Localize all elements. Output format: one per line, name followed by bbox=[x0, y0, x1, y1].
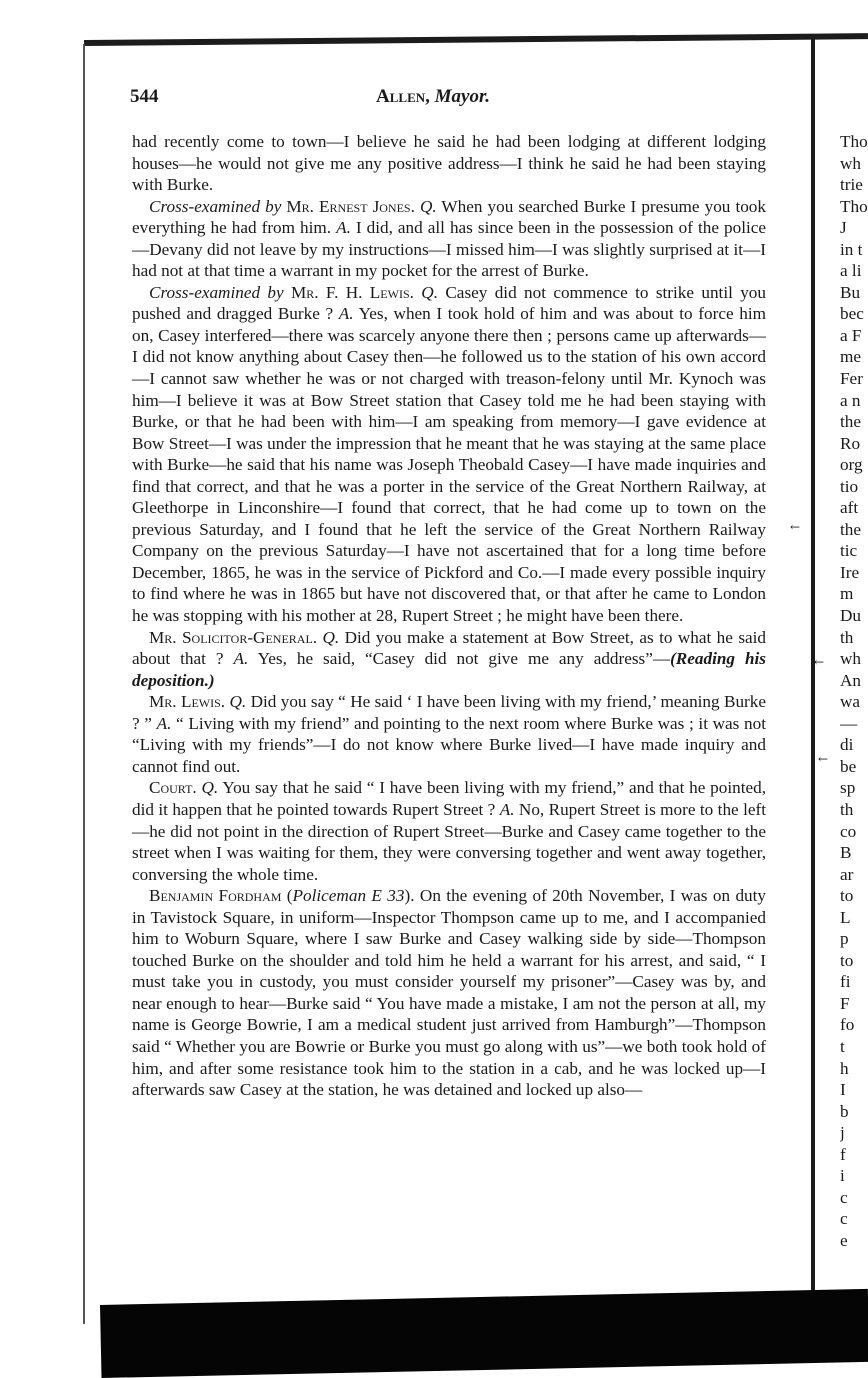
fragment-line: to bbox=[840, 950, 868, 972]
text-segment: had recently come to town—I believe he s… bbox=[132, 132, 766, 194]
fragment-line: ar bbox=[840, 864, 868, 886]
text-segment: ( bbox=[281, 886, 292, 905]
text-segment: Mr. F. H. Lewis. bbox=[291, 283, 414, 302]
text-segment: Court. bbox=[149, 778, 197, 797]
text-segment: Cross-examined by bbox=[149, 283, 291, 302]
text-segment: Q. bbox=[229, 692, 246, 711]
fragment-line: tio bbox=[840, 476, 868, 498]
fragment-line: Ire bbox=[840, 562, 868, 584]
fragment-line: sp bbox=[840, 777, 868, 799]
fragment-line: L bbox=[840, 907, 868, 929]
text-segment: Policeman E 33 bbox=[293, 886, 405, 905]
text-segment: A. bbox=[500, 800, 515, 819]
facing-page-fragment: ThowhtrieTho Jin ta liBubeca FmeFera nth… bbox=[840, 131, 868, 1251]
paragraph: Cross-examined by Mr. F. H. Lewis. Q. Ca… bbox=[132, 282, 766, 627]
fragment-line: f bbox=[840, 1144, 868, 1166]
fragment-line: th bbox=[840, 799, 868, 821]
fragment-line: b bbox=[840, 1101, 868, 1123]
page-number: 544 bbox=[130, 86, 159, 108]
text-segment: Cross-examined by bbox=[149, 197, 286, 216]
text-segment: Q. bbox=[420, 197, 437, 216]
text-segment: “ Living with my friend” and pointing to… bbox=[132, 714, 766, 776]
fragment-line: to bbox=[840, 885, 868, 907]
text-segment: A. bbox=[336, 218, 351, 237]
fragment-line: j bbox=[840, 1122, 868, 1144]
text-segment: A. bbox=[233, 649, 248, 668]
fragment-line: fo bbox=[840, 1014, 868, 1036]
paragraph: Benjamin Fordham (Policeman E 33). On th… bbox=[132, 885, 766, 1100]
margin-arrow-icon: ← bbox=[814, 655, 824, 669]
text-segment: ). On the evening of 20th November, I wa… bbox=[132, 886, 766, 1099]
fragment-line: tic bbox=[840, 540, 868, 562]
fragment-line: i bbox=[840, 1165, 868, 1187]
fragment-line: Fer bbox=[840, 368, 868, 390]
paragraph: Mr. Solicitor-General. Q. Did you make a… bbox=[132, 627, 766, 692]
margin-arrow-icon: ← bbox=[818, 752, 828, 766]
fragment-line: c bbox=[840, 1187, 868, 1209]
running-head: 544 Allen, Mayor. bbox=[130, 86, 760, 112]
running-head-role: Mayor. bbox=[435, 86, 490, 107]
fragment-line: fi bbox=[840, 971, 868, 993]
fragment-line: wa bbox=[840, 691, 868, 713]
fragment-line: h bbox=[840, 1058, 868, 1080]
fragment-line: trie bbox=[840, 174, 868, 196]
text-segment: Q. bbox=[421, 283, 438, 302]
text-segment: Q. bbox=[202, 778, 219, 797]
fragment-line: t bbox=[840, 1036, 868, 1058]
fragment-line: a F bbox=[840, 325, 868, 347]
running-head-title: Allen, Mayor. bbox=[376, 86, 490, 108]
fragment-line: aft bbox=[840, 497, 868, 519]
text-segment: A. bbox=[157, 714, 172, 733]
margin-arrow-icon: ← bbox=[790, 520, 800, 534]
fragment-line: th bbox=[840, 627, 868, 649]
scan-bottom-border bbox=[100, 1289, 868, 1378]
fragment-line: e bbox=[840, 1230, 868, 1252]
fragment-line: F bbox=[840, 993, 868, 1015]
body-text: had recently come to town—I believe he s… bbox=[132, 131, 766, 1101]
fragment-line: di bbox=[840, 734, 868, 756]
fragment-line: wh bbox=[840, 648, 868, 670]
running-head-name: Allen, bbox=[376, 86, 430, 107]
text-segment: Yes, when I took hold of him and was abo… bbox=[132, 304, 766, 625]
paragraph: Mr. Lewis. Q. Did you say “ He said ‘ I … bbox=[132, 691, 766, 777]
fragment-line: a li bbox=[840, 260, 868, 282]
text-segment: Q. bbox=[323, 628, 340, 647]
fragment-line: org bbox=[840, 454, 868, 476]
paragraph: Court. Q. You say that he said “ I have … bbox=[132, 777, 766, 885]
paragraph: had recently come to town—I believe he s… bbox=[132, 131, 766, 196]
paragraph: Cross-examined by Mr. Ernest Jones. Q. W… bbox=[132, 196, 766, 282]
fragment-line: Tho bbox=[840, 131, 868, 153]
scan-top-border bbox=[84, 33, 868, 46]
fragment-line: p bbox=[840, 928, 868, 950]
fragment-line: Bu bbox=[840, 282, 868, 304]
fragment-line: An bbox=[840, 670, 868, 692]
text-segment: Yes, he said, “Casey did not give me any… bbox=[248, 649, 670, 668]
fragment-line: Du bbox=[840, 605, 868, 627]
fragment-line: — bbox=[840, 713, 868, 735]
fragment-line: m bbox=[840, 583, 868, 605]
fragment-line: J bbox=[840, 217, 868, 239]
text-segment: Mr. Lewis. bbox=[149, 692, 225, 711]
fragment-line: co bbox=[840, 821, 868, 843]
fragment-line: c bbox=[840, 1208, 868, 1230]
fragment-line: wh bbox=[840, 153, 868, 175]
fragment-line: bec bbox=[840, 303, 868, 325]
text-segment: Mr. Ernest Jones. bbox=[286, 197, 415, 216]
fragment-line: be bbox=[840, 756, 868, 778]
book-gutter bbox=[811, 38, 815, 1300]
fragment-line: I bbox=[840, 1079, 868, 1101]
fragment-line: Tho bbox=[840, 196, 868, 218]
fragment-line: Ro bbox=[840, 433, 868, 455]
fragment-line: the bbox=[840, 519, 868, 541]
fragment-line: me bbox=[840, 346, 868, 368]
fragment-line: in t bbox=[840, 239, 868, 261]
text-segment: A. bbox=[339, 304, 354, 323]
fragment-line: B bbox=[840, 842, 868, 864]
fragment-line: the bbox=[840, 411, 868, 433]
text-segment: Benjamin Fordham bbox=[149, 886, 281, 905]
fragment-line: a n bbox=[840, 390, 868, 412]
text-segment: Mr. Solicitor-General. bbox=[149, 628, 317, 647]
